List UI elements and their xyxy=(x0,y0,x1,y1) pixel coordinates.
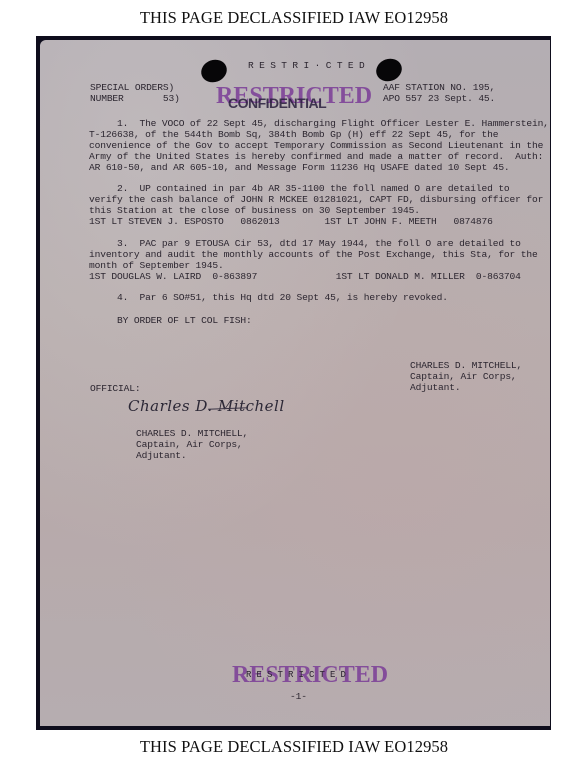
header-restricted-mark: R E S T R I · C T E D xyxy=(248,60,365,71)
station-apo-date: APO 557 23 Sept. 45. xyxy=(383,93,495,104)
commanding-officer-role: Adjutant. xyxy=(410,382,460,393)
paragraph-1-line-2: T-126638, of the 544th Bomb Sq, 384th Bo… xyxy=(89,129,498,140)
official-signer-name: CHARLES D. MITCHELL, xyxy=(136,428,248,439)
paragraph-3-line-1: 3. PAC par 9 ETOUSA Cir 53, dtd 17 May 1… xyxy=(89,238,521,249)
paragraph-2-line-2: verify the cash balance of JOHN R MCKEE … xyxy=(89,194,543,205)
paragraph-1-line-5: AR 610-50, and AR 605-10, and Message Fo… xyxy=(89,162,510,173)
official-label: OFFICIAL: xyxy=(90,383,140,394)
paragraph-1-line-1: 1. The VOCO of 22 Sept 45, discharging F… xyxy=(89,118,549,129)
declassification-banner-bottom: THIS PAGE DECLASSIFIED IAW EO12958 xyxy=(0,737,588,757)
station-name: AAF STATION NO. 195, xyxy=(383,82,495,93)
punch-hole-right-icon xyxy=(373,55,405,85)
restricted-overtype-bottom: R E S T R I C T E D xyxy=(246,670,346,681)
paragraph-2-officers: 1ST LT STEVEN J. ESPOSTO 0862013 1ST LT … xyxy=(89,216,493,227)
special-orders-label: SPECIAL ORDERS) xyxy=(90,82,174,93)
commanding-officer-title: Captain, Air Corps, xyxy=(410,371,517,382)
special-orders-number: NUMBER 53) xyxy=(90,93,180,104)
commanding-officer-name: CHARLES D. MITCHELL, xyxy=(410,360,522,371)
paragraph-3-line-2: inventory and audit the monthly accounts… xyxy=(89,249,538,260)
paragraph-4-line-1: 4. Par 6 SO#51, this Hq dtd 20 Sept 45, … xyxy=(89,292,448,303)
page-number: -1- xyxy=(290,691,307,702)
confidential-overstamp: CONFIDENTIAL xyxy=(228,95,326,111)
paragraph-2-line-1: 2. UP contained in par 4b AR 35-1100 the… xyxy=(89,183,510,194)
official-signer-title: Captain, Air Corps, xyxy=(136,439,243,450)
paragraph-1-line-4: Army of the United States is hereby conf… xyxy=(89,151,543,162)
paragraph-3-line-3: month of September 1945. xyxy=(89,260,224,271)
document-page: R E S T R I · C T E D SPECIAL ORDERS) NU… xyxy=(40,40,550,726)
paragraph-1-line-3: convenience of the Gov to accept Tempora… xyxy=(89,140,543,151)
by-order-line: BY ORDER OF LT COL FISH: xyxy=(89,315,252,326)
paragraph-3-officers: 1ST DOUGLAS W. LAIRD 0-863897 1ST LT DON… xyxy=(89,271,521,282)
handwritten-signature: Charles D. Mitchell xyxy=(128,397,285,415)
punch-hole-left-icon xyxy=(198,56,230,86)
official-signer-role: Adjutant. xyxy=(136,450,186,461)
declassification-banner-top: THIS PAGE DECLASSIFIED IAW EO12958 xyxy=(0,8,588,28)
paragraph-2-line-3: this Station at the close of business on… xyxy=(89,205,420,216)
